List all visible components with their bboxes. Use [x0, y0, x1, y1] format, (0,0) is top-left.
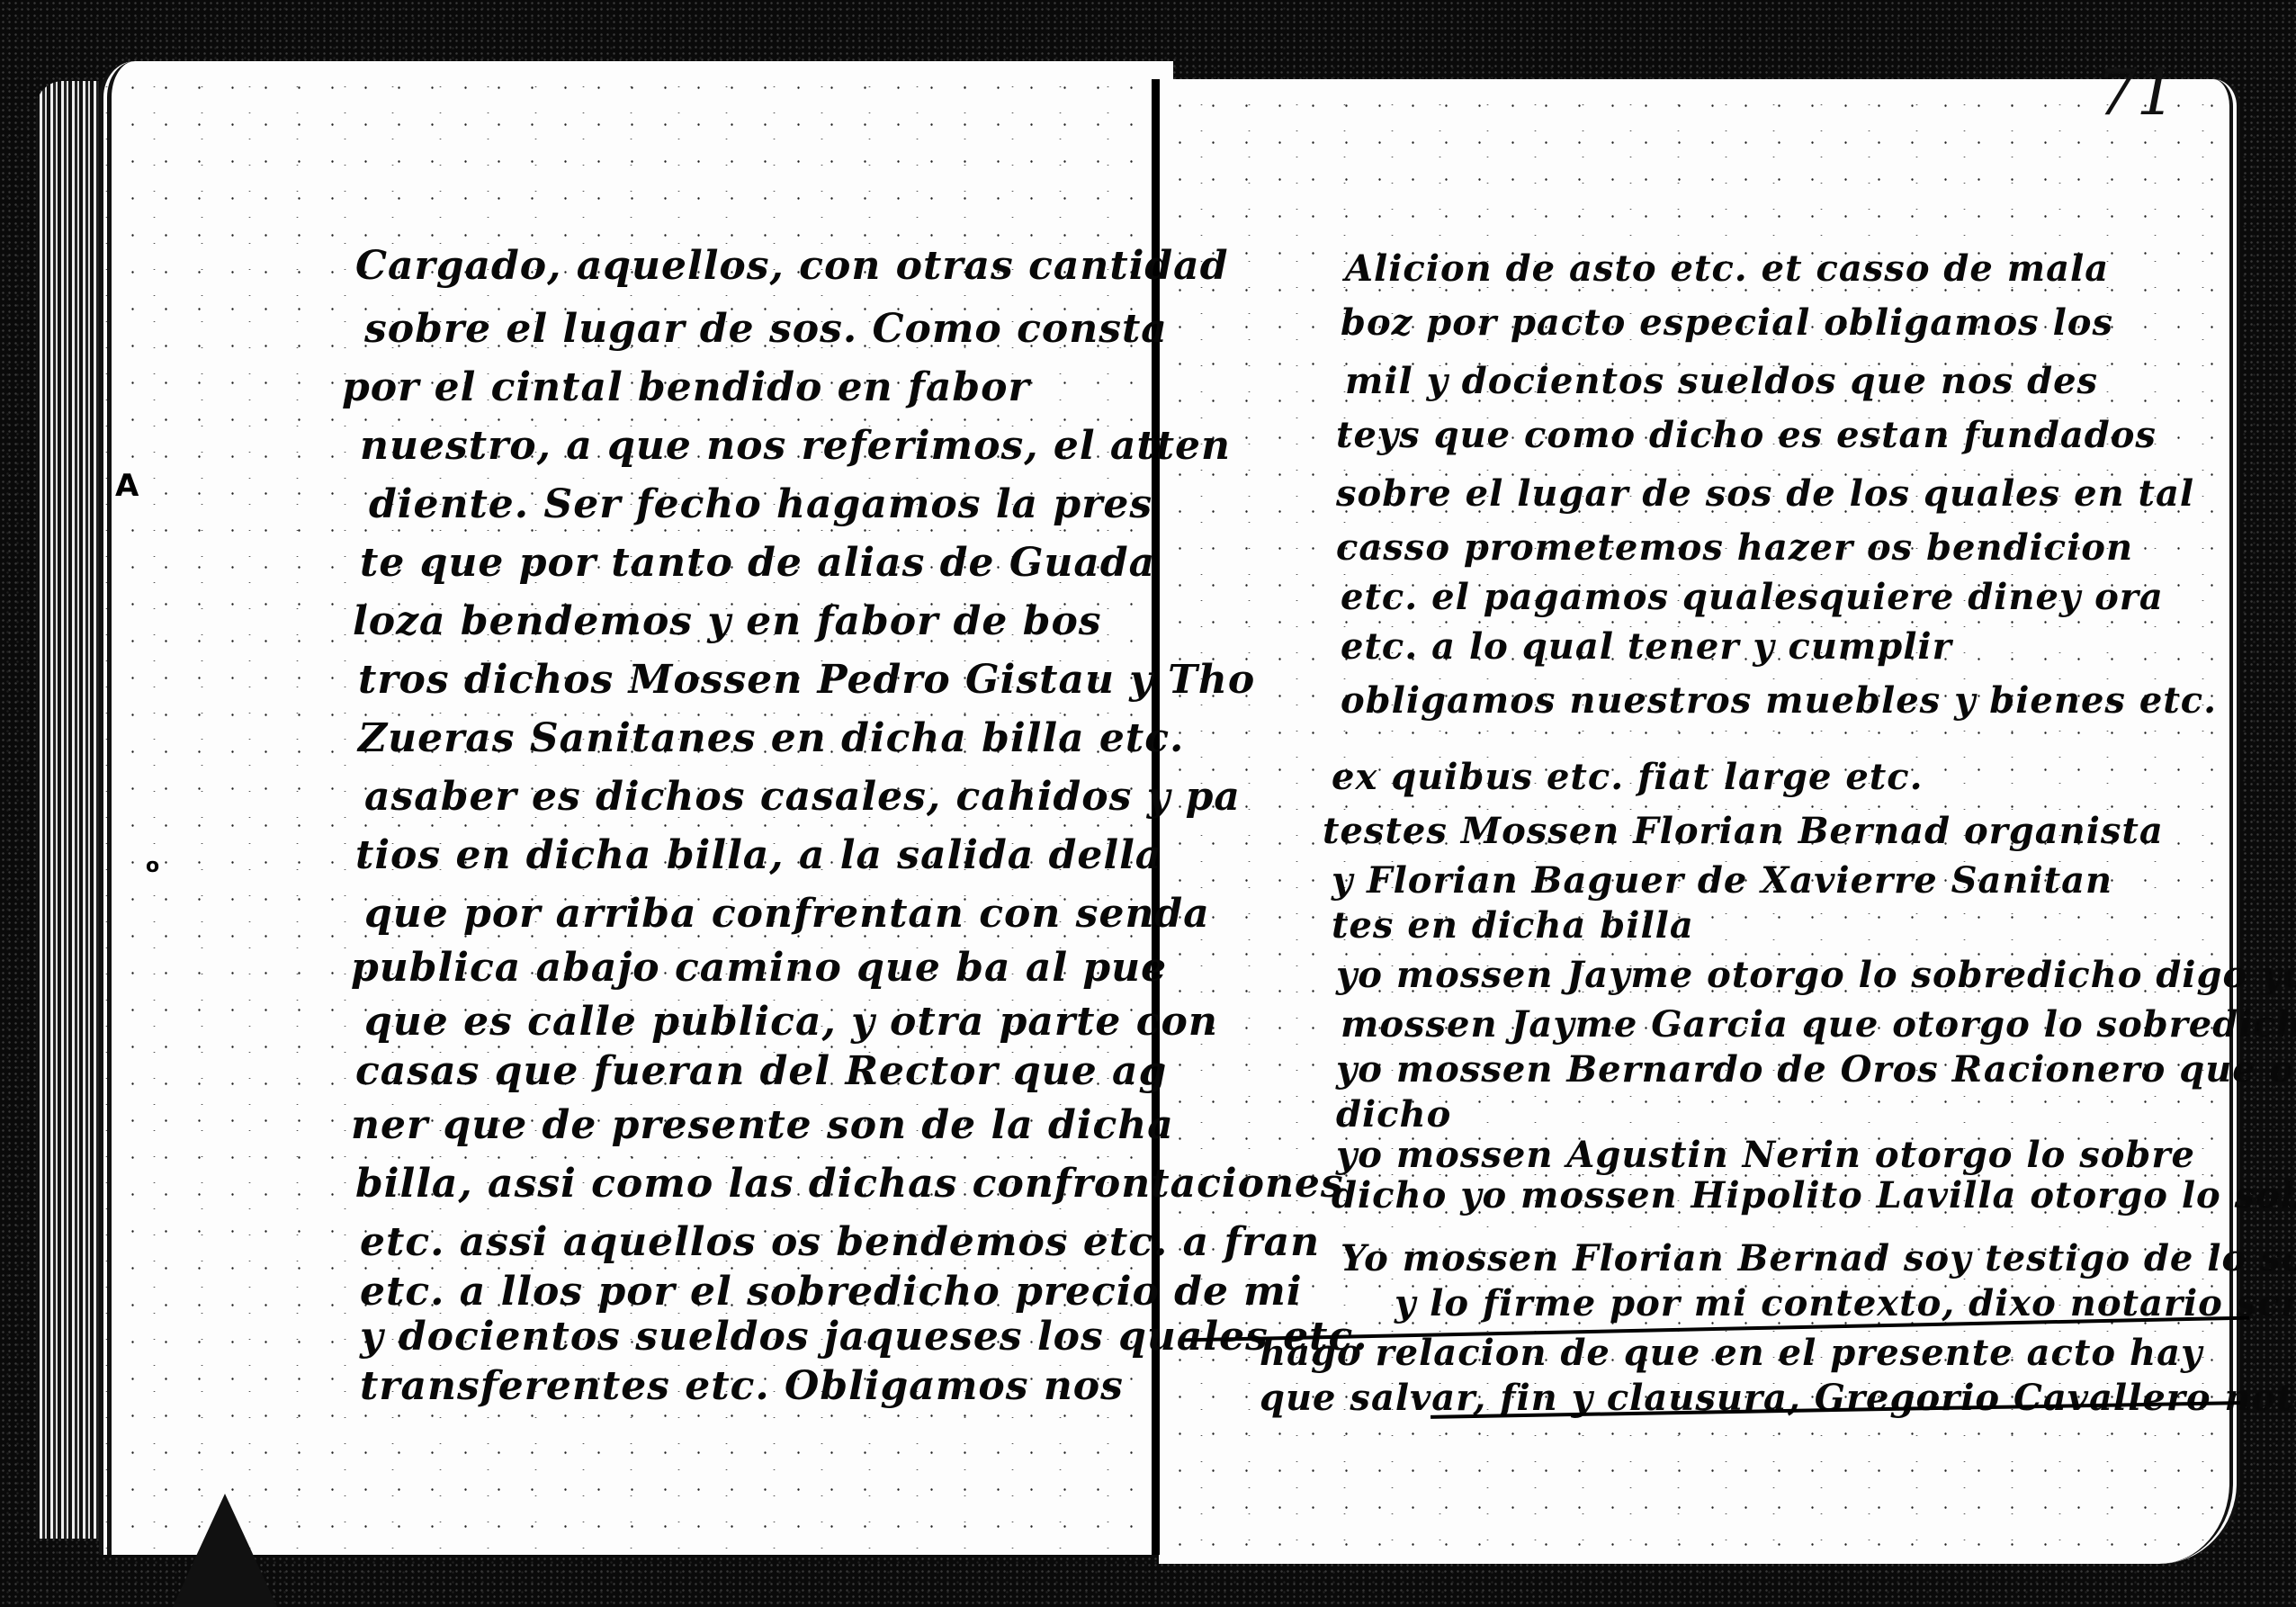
- manuscript-line: Alicion de asto etc. et casso de mala: [1345, 247, 2109, 290]
- manuscript-line: Zueras Sanitanes en dicha billa etc.: [358, 715, 1184, 761]
- manuscript-line: yo mossen Agustin Nerin otorgo lo sobre: [1336, 1134, 2195, 1176]
- margin-mark-o: o: [146, 855, 159, 877]
- manuscript-line: y Florian Baguer de Xavierre Sanitan: [1332, 859, 2112, 902]
- manuscript-line: publica abajo camino que ba al pue: [351, 945, 1167, 991]
- scanned-manuscript: A o 71 Cargado, aquellos, con otras cant…: [0, 0, 2296, 1607]
- manuscript-line: asaber es dichos casales, cahidos y pa: [364, 774, 1241, 820]
- manuscript-line: transferentes etc. Obligamos nos: [360, 1363, 1124, 1409]
- manuscript-line: sobre el lugar de sos. Como consta: [364, 306, 1168, 352]
- manuscript-line: tes en dicha billa: [1332, 904, 1694, 947]
- manuscript-line: mil y docientos sueldos que nos des: [1345, 360, 2098, 402]
- manuscript-line: hago relacion de que en el presente acto…: [1260, 1332, 2202, 1374]
- manuscript-line: casso prometemos hazer os bendicion: [1336, 526, 2133, 569]
- manuscript-line: nuestro, a que nos referimos, el atten: [360, 423, 1231, 469]
- manuscript-line: ner que de presente son de la dicha: [351, 1102, 1174, 1148]
- manuscript-line: yo mossen Jayme otorgo lo sobredicho dig…: [1336, 954, 2296, 996]
- manuscript-line: por el cintal bendido en fabor: [342, 364, 1030, 410]
- folio-number: 71: [2096, 56, 2176, 130]
- manuscript-line: obligamos nuestros muebles y bienes etc.: [1341, 679, 2217, 722]
- manuscript-line: casas que fueran del Rector que ag: [355, 1048, 1167, 1094]
- page-stack-edge: [36, 81, 99, 1539]
- manuscript-line: y docientos sueldos jaqueses los quales …: [360, 1314, 1368, 1360]
- manuscript-line: loza bendemos y en fabor de bos: [353, 598, 1102, 644]
- manuscript-line: te que por tanto de alias de Guada: [360, 540, 1155, 586]
- manuscript-line: etc. assi aquellos os bendemos etc. a fr…: [360, 1219, 1320, 1265]
- manuscript-line: testes Mossen Florian Bernad organista: [1323, 810, 2164, 852]
- manuscript-line: billa, assi como las dichas confrontacio…: [355, 1161, 1344, 1207]
- manuscript-line: etc. el pagamos qualesquiere diney ora: [1341, 576, 2164, 618]
- manuscript-line: ex quibus etc. fiat large etc.: [1332, 756, 1924, 798]
- manuscript-line: teys que como dicho es estan fundados: [1336, 414, 2157, 456]
- manuscript-line: Cargado, aquellos, con otras cantidad: [355, 243, 1228, 289]
- manuscript-line: tios en dicha billa, a la salida della: [355, 832, 1161, 878]
- manuscript-line: sobre el lugar de sos de los quales en t…: [1336, 472, 2194, 515]
- manuscript-line: dicho yo mossen Hipolito Lavilla otorgo …: [1332, 1174, 2296, 1216]
- manuscript-line: yo mossen Bernardo de Oros Racionero que…: [1336, 1048, 2296, 1091]
- manuscript-line: tros dichos Mossen Pedro Gistau y Tho: [358, 657, 1255, 703]
- manuscript-line: diente. Ser fecho hagamos la pres: [369, 481, 1152, 527]
- manuscript-line: boz por pacto especial obligamos los: [1341, 301, 2113, 344]
- page-tab-mark: [171, 1494, 279, 1607]
- manuscript-line: mossen Jayme Garcia que otorgo lo sobred…: [1341, 1003, 2296, 1046]
- margin-mark-a: A: [115, 468, 139, 504]
- manuscript-line: etc. a lo qual tener y cumplir: [1341, 625, 1952, 668]
- manuscript-line: dicho: [1336, 1093, 1451, 1136]
- manuscript-line: que por arriba confrentan con senda: [364, 891, 1210, 937]
- manuscript-line: que es calle publica, y otra parte con: [364, 999, 1218, 1045]
- manuscript-line: etc. a llos por el sobredicho precio de …: [360, 1269, 1303, 1315]
- manuscript-line: Yo mossen Florian Bernad soy testigo de …: [1341, 1237, 2296, 1279]
